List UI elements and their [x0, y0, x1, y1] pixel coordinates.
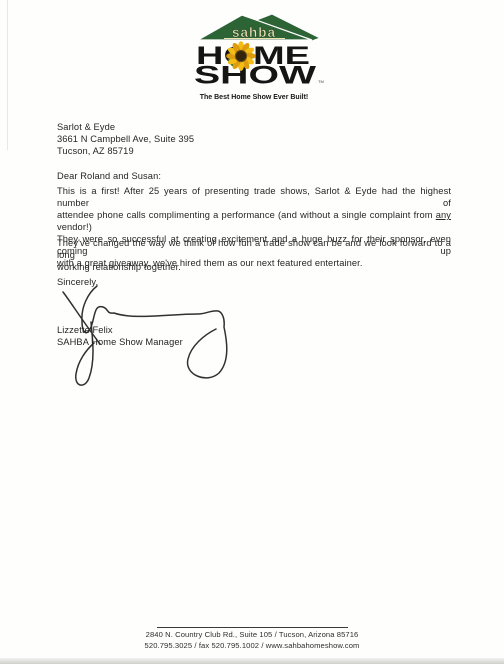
body-paragraph-2: They've changed the way we think of how … [57, 237, 451, 273]
logo-tagline: The Best Home Show Ever Built! [200, 94, 309, 101]
para2-line2: working relationship together. [57, 261, 451, 273]
letter-footer: 2840 N. Country Club Rd., Suite 105 / Tu… [0, 627, 504, 651]
para1-line2-after: vendor!) [57, 222, 92, 232]
recipient-address: Sarlot & Eyde 3661 N Campbell Ave, Suite… [57, 121, 194, 157]
handwritten-signature [46, 280, 258, 398]
para1-line1: This is a first! After 25 years of prese… [57, 185, 451, 209]
signature-stroke-main [82, 286, 227, 378]
letterhead-logo: sahba HOME SHOW TM The Best [190, 12, 330, 106]
brand-text: sahba [232, 25, 276, 40]
salutation: Dear Roland and Susan: [57, 170, 161, 182]
para1-line2-underlined-word: any [436, 210, 451, 220]
footer-contact: 520.795.3025 / fax 520.795.1002 / www.sa… [0, 641, 504, 652]
letter-page: sahba HOME SHOW TM The Best [0, 0, 504, 664]
scan-artifact-left [7, 0, 8, 150]
para2-line1: They've changed the way we think of how … [57, 237, 451, 261]
logo-word-show: SHOW [194, 62, 317, 90]
recipient-street: 3661 N Campbell Ave, Suite 395 [57, 133, 194, 145]
scan-artifact-bottom [0, 658, 504, 664]
para1-line2-before: attendee phone calls complimenting a per… [57, 210, 436, 220]
footer-address: 2840 N. Country Club Rd., Suite 105 / Tu… [0, 630, 504, 641]
recipient-city: Tucson, AZ 85719 [57, 145, 194, 157]
recipient-name: Sarlot & Eyde [57, 121, 194, 133]
para1-line2: attendee phone calls complimenting a per… [57, 209, 451, 233]
trademark-text: TM [318, 79, 324, 84]
footer-divider [157, 627, 348, 628]
